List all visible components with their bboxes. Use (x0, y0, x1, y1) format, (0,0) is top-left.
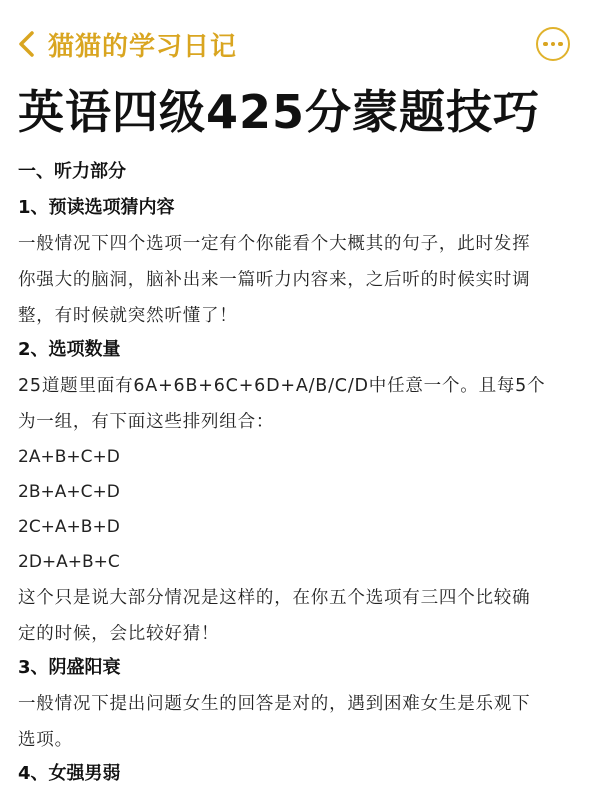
back-button[interactable]: 猫猫的学习日记 (16, 24, 237, 64)
paragraph-line: 整，有时候就突然听懂了！ (18, 298, 588, 334)
section-heading: 一、听力部分 (18, 156, 588, 188)
paragraph-line: 一般情况下提出问题女生的回答是对的，遇到困难女生是乐观下 (18, 686, 588, 722)
combo-line: 2C+A+B+D (18, 510, 588, 545)
more-dot (551, 42, 556, 47)
tip-heading: 3、阴盛阳衰 (18, 652, 588, 684)
more-dot (558, 42, 563, 47)
combo-line: 2D+A+B+C (18, 545, 588, 580)
tip-heading: 2、选项数量 (18, 334, 588, 366)
paragraph-line: 这个只是说大部分情况是这样的，在你五个选项有三四个比较确 (18, 580, 588, 616)
paragraph-line: 定的时候，会比较好猜！ (18, 616, 588, 652)
paragraph-line: 选项。 (18, 722, 588, 758)
top-bar: 猫猫的学习日记 (0, 0, 599, 80)
tip-heading: 1、预读选项猜内容 (18, 192, 588, 224)
paragraph-line: 为一组，有下面这些排列组合： (18, 404, 588, 440)
tip-heading: 4、女强男弱 (18, 758, 588, 790)
article-body: 一、听力部分 1、预读选项猜内容 一般情况下四个选项一定有个你能看个大概其的句子… (18, 156, 588, 792)
more-horizontal-icon (543, 42, 548, 47)
paragraph-line: 你强大的脑洞，脑补出来一篇听力内容来，之后听的时候实时调 (18, 262, 588, 298)
more-button[interactable] (536, 27, 570, 61)
paragraph-line: 一般情况下四个选项一定有个你能看个大概其的句子，此时发挥 (18, 226, 588, 262)
back-label: 猫猫的学习日记 (48, 26, 237, 63)
combo-line: 2B+A+C+D (18, 475, 588, 510)
article-title: 英语四级425分蒙题技巧 (18, 84, 540, 140)
combo-line: 2A+B+C+D (18, 440, 588, 475)
chevron-left-icon (16, 29, 38, 59)
paragraph-line: 25道题里面有6A+6B+6C+6D+A/B/C/D中任意一个。且每5个 (18, 368, 588, 404)
